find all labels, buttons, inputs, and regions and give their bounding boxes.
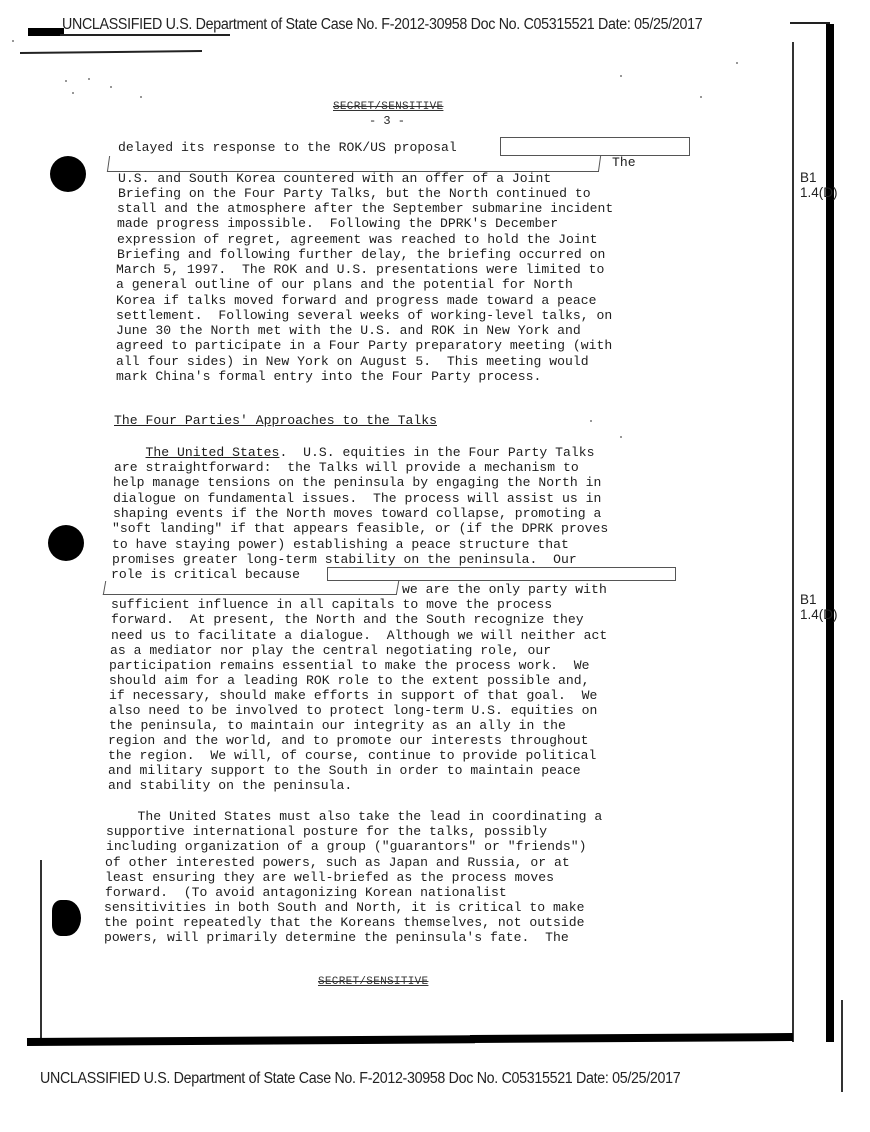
body-line: mark China's formal entry into the Four …: [116, 369, 541, 384]
scan-artifact-line: [20, 50, 202, 54]
body-line: shaping events if the North moves toward…: [113, 506, 601, 521]
body-line: and military support to the South in ord…: [108, 763, 581, 778]
declassification-stamp-bottom: UNCLASSIFIED U.S. Department of State Ca…: [40, 1070, 680, 1088]
scan-speck: [700, 96, 702, 98]
body-line: we are the only party with: [402, 582, 607, 597]
body-line: of other interested powers, such as Japa…: [105, 855, 570, 870]
page-number: - 3 -: [369, 114, 405, 128]
exemption-code: B1: [800, 170, 817, 185]
body-line: supportive international posture for the…: [106, 824, 547, 839]
subsection-heading: The United States: [146, 445, 280, 460]
body-line: sensitivities in both South and North, i…: [104, 900, 585, 915]
redaction-marker-dot: [52, 900, 81, 936]
header-classification: SECRET/SENSITIVE: [333, 101, 443, 113]
body-line: as a mediator nor play the central negot…: [110, 643, 551, 658]
body-line: sufficient influence in all capitals to …: [111, 597, 552, 612]
redaction-box: [500, 137, 690, 156]
body-line: to have staying power) establishing a pe…: [112, 537, 569, 552]
redaction-box: [327, 567, 676, 581]
scan-speck: [12, 40, 14, 42]
redaction-box: [107, 156, 601, 172]
section-heading: The Four Parties' Approaches to the Talk…: [114, 413, 437, 428]
body-line: stall and the atmosphere after the Septe…: [117, 201, 613, 216]
exemption-subsection: 1.4(D): [800, 607, 838, 622]
redaction-box: [103, 581, 399, 595]
body-line: settlement. Following several weeks of w…: [116, 308, 612, 323]
body-line: made progress impossible. Following the …: [117, 216, 558, 231]
scan-speck: [590, 420, 592, 422]
body-line: Korea if talks moved forward and progres…: [116, 293, 597, 308]
scan-speck: [88, 78, 90, 80]
frame-left-line: [40, 860, 42, 1044]
body-line: June 30 the North met with the U.S. and …: [116, 323, 581, 338]
body-line: The United States must also take the lea…: [106, 809, 602, 824]
scan-speck: [620, 75, 622, 77]
body-line: Briefing and following further delay, th…: [117, 247, 605, 262]
body-line: dialogue on fundamental issues. The proc…: [113, 491, 601, 506]
frame-outer-right-line: [841, 1000, 843, 1092]
frame-top-right-line: [790, 22, 830, 24]
exemption-code: B1: [800, 592, 817, 607]
body-line: the region. We will, of course, continue…: [108, 748, 596, 763]
body-line: including organization of a group ("guar…: [106, 839, 587, 854]
frame-bottom-bar-right: [470, 1033, 793, 1043]
scan-speck: [620, 436, 622, 438]
scan-speck: [140, 96, 142, 98]
body-line: the peninsula, to maintain our integrity…: [109, 718, 566, 733]
body-line: region and the world, and to promote our…: [108, 733, 589, 748]
scan-speck: [65, 80, 67, 82]
scan-speck: [736, 62, 738, 64]
body-line: are straightforward: the Talks will prov…: [114, 460, 579, 475]
exemption-label-2: B1 1.4(D): [800, 592, 838, 622]
body-line: also need to be involved to protect long…: [109, 703, 597, 718]
frame-top-left-bar: [28, 28, 64, 36]
body-line: forward. At present, the North and the S…: [111, 612, 584, 627]
redaction-marker-dot: [48, 525, 84, 561]
body-line: agreed to participate in a Four Party pr…: [116, 338, 612, 353]
footer-classification: SECRET/SENSITIVE: [318, 976, 428, 988]
scan-speck: [110, 86, 112, 88]
body-line: Briefing on the Four Party Talks, but th…: [118, 186, 591, 201]
body-line: participation remains essential to make …: [109, 658, 590, 673]
scan-speck: [72, 92, 74, 94]
body-line: all four sides) in New York on August 5.…: [116, 354, 589, 369]
body-line: expression of regret, agreement was reac…: [117, 232, 598, 247]
body-line: and stability on the peninsula.: [108, 778, 352, 793]
declassification-stamp-top: UNCLASSIFIED U.S. Department of State Ca…: [62, 16, 702, 34]
body-line: delayed its response to the ROK/US propo…: [118, 140, 457, 155]
exemption-subsection: 1.4(D): [800, 185, 838, 200]
body-line: The: [612, 155, 636, 170]
frame-inner-right-line: [792, 42, 794, 1042]
body-line: least ensuring they are well-briefed as …: [105, 870, 554, 885]
body-line: the point repeatedly that the Koreans th…: [104, 915, 585, 930]
body-line: The United States. U.S. equities in the …: [114, 445, 595, 460]
body-line: promises greater long-term stability on …: [112, 552, 577, 567]
body-line: "soft landing" if that appears feasible,…: [112, 521, 608, 536]
body-line: if necessary, should make efforts in sup…: [109, 688, 597, 703]
body-line: forward. (To avoid antagonizing Korean n…: [105, 885, 507, 900]
body-line: role is critical because: [111, 567, 300, 582]
frame-bottom-bar: [27, 1035, 475, 1046]
body-line: powers, will primarily determine the pen…: [104, 930, 569, 945]
body-line: should aim for a leading ROK role to the…: [109, 673, 590, 688]
body-line: need us to facilitate a dialogue. Althou…: [111, 628, 607, 643]
exemption-label-1: B1 1.4(D): [800, 170, 838, 200]
body-line: U.S. and South Korea countered with an o…: [118, 171, 551, 186]
body-line: help manage tensions on the peninsula by…: [113, 475, 601, 490]
body-line: March 5, 1997. The ROK and U.S. presenta…: [116, 262, 604, 277]
body-line: a general outline of our plans and the p…: [116, 277, 573, 292]
redaction-marker-dot: [50, 156, 86, 192]
frame-top-line: [60, 34, 230, 36]
